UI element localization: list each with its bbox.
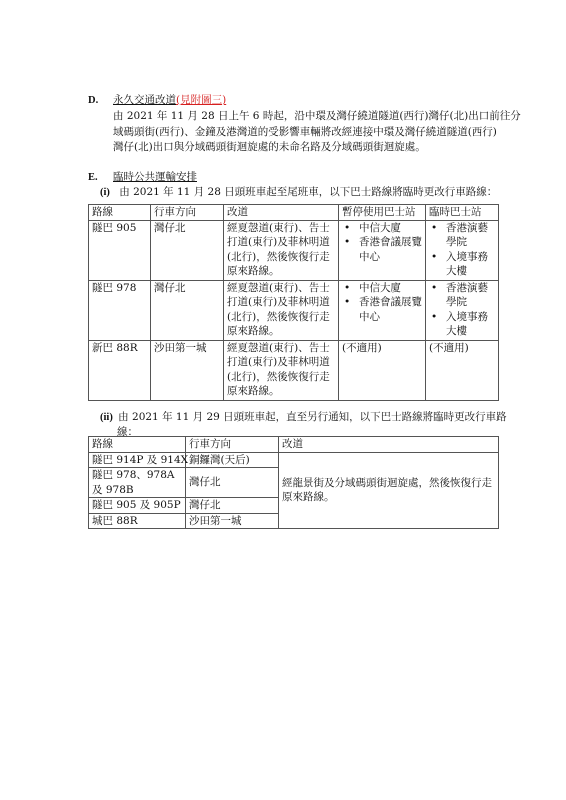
diversion-cell: 經龍景街及分域碼頭街迴旋處，然後恢復行走原來路線。 xyxy=(279,452,499,529)
table-header-row: 路線 行車方向 改道 暫停使用巴士站 臨時巴士站 xyxy=(89,205,499,221)
section-d-title: 永久交通改道 xyxy=(113,94,176,106)
direction-cell: 沙田第一城 xyxy=(186,513,279,529)
direction-cell: 銅鑼灣(天后) xyxy=(186,452,279,468)
direction-cell: 灣仔北 xyxy=(151,220,224,280)
route-cell: 隧巴 905 及 905P xyxy=(89,498,186,514)
section-d-letter: D. xyxy=(88,93,98,108)
direction-cell: 灣仔北 xyxy=(151,280,224,340)
direction-cell: 灣仔北 xyxy=(186,468,279,498)
part-ii-text: 由 2021 年 11 月 29 日頭班車起，直至另行通知，以下巴士路線將臨時更… xyxy=(118,411,506,423)
table-row: 隧巴 905 灣仔北 經夏愨道(東行)、告士打道(東行)及菲林明道(北行)，然後… xyxy=(89,220,499,280)
table-part-i: 路線 行車方向 改道 暫停使用巴士站 臨時巴士站 隧巴 905 灣仔北 經夏愨道… xyxy=(88,204,499,401)
bus-stop-item: 入境事務大樓 xyxy=(429,310,495,339)
bus-stop-item: 香港會議展覽中心 xyxy=(342,295,422,324)
direction-cell: 灣仔北 xyxy=(186,498,279,514)
section-d-line: 灣仔(北)出口與分域碼頭街迴旋處的未命名路及分域碼頭街迴旋處。 xyxy=(113,140,513,156)
direction-cell: 沙田第一城 xyxy=(151,340,224,400)
temporary-stops-cell: (不適用) xyxy=(426,340,499,400)
bus-stop-item: 香港演藝學院 xyxy=(429,221,495,250)
temporary-stops-cell: 香港演藝學院 入境事務大樓 xyxy=(426,280,499,340)
suspended-stops-cell: (不適用) xyxy=(339,340,426,400)
table-row: 新巴 88R 沙田第一城 經夏愨道(東行)、告士打道(東行)及菲林明道(北行)，… xyxy=(89,340,499,400)
route-cell: 城巴 88R xyxy=(89,513,186,529)
bus-stop-item: 中信大廈 xyxy=(342,221,422,236)
header-cell: 行車方向 xyxy=(151,205,224,221)
route-cell: 隧巴 905 xyxy=(89,220,151,280)
table-header-row: 路線 行車方向 改道 xyxy=(89,437,499,453)
section-e-title: 臨時公共運輸安排 xyxy=(113,170,197,185)
bus-stop-item: 香港會議展覽中心 xyxy=(342,235,422,264)
section-d-body: 由 2021 年 11 月 28 日上午 6 時起，沿中環及灣仔繞道隧道(西行)… xyxy=(113,109,513,156)
diversion-cell: 經夏愨道(東行)、告士打道(東行)及菲林明道(北行)，然後恢復行走原來路線。 xyxy=(224,220,339,280)
header-cell: 改道 xyxy=(224,205,339,221)
table-row: 隧巴 914P 及 914X 銅鑼灣(天后) 經龍景街及分域碼頭街迴旋處，然後恢… xyxy=(89,452,499,468)
diversion-cell: 經夏愨道(東行)、告士打道(東行)及菲林明道(北行)，然後恢復行走原來路線。 xyxy=(224,340,339,400)
bus-stop-item: 入境事務大樓 xyxy=(429,250,495,279)
section-d-heading: 永久交通改道(見附圖三) xyxy=(113,93,226,108)
table-row: 隧巴 978 灣仔北 經夏愨道(東行)、告士打道(東行)及菲林明道(北行)，然後… xyxy=(89,280,499,340)
route-cell: 隧巴 978 xyxy=(89,280,151,340)
route-cell: 隧巴 978、978A 及 978B xyxy=(89,468,186,498)
suspended-stops-cell: 中信大廈 香港會議展覽中心 xyxy=(339,220,426,280)
section-d-line: 域碼頭街(西行)、金鐘及港灣道的受影響車輛將改經連接中環及灣仔繞道隧道(西行) xyxy=(113,125,513,141)
route-cell: 新巴 88R xyxy=(89,340,151,400)
diversion-cell: 經夏愨道(東行)、告士打道(東行)及菲林明道(北行)，然後恢復行走原來路線。 xyxy=(224,280,339,340)
part-ii-label: (ii) xyxy=(100,412,113,423)
header-cell: 改道 xyxy=(279,437,499,453)
section-d-figure-link[interactable]: (見附圖三) xyxy=(176,94,226,106)
section-d-line: 由 2021 年 11 月 28 日上午 6 時起，沿中環及灣仔繞道隧道(西行)… xyxy=(113,109,513,125)
header-cell: 臨時巴士站 xyxy=(426,205,499,221)
part-i-text: 由 2021 年 11 月 28 日頭班車起至尾班車，以下巴士路線將臨時更改行車… xyxy=(119,186,497,198)
temporary-stops-cell: 香港演藝學院 入境事務大樓 xyxy=(426,220,499,280)
header-cell: 路線 xyxy=(89,205,151,221)
part-i-intro: (i) 由 2021 年 11 月 28 日頭班車起至尾班車，以下巴士路線將臨時… xyxy=(100,185,497,200)
section-e-letter: E. xyxy=(88,170,98,185)
route-cell: 隧巴 914P 及 914X xyxy=(89,452,186,468)
bus-stop-item: 香港演藝學院 xyxy=(429,281,495,310)
bus-stop-item: 中信大廈 xyxy=(342,281,422,296)
table-part-ii: 路線 行車方向 改道 隧巴 914P 及 914X 銅鑼灣(天后) 經龍景街及分… xyxy=(88,436,499,529)
header-cell: 路線 xyxy=(89,437,186,453)
part-i-label: (i) xyxy=(100,187,110,198)
header-cell: 行車方向 xyxy=(186,437,279,453)
suspended-stops-cell: 中信大廈 香港會議展覽中心 xyxy=(339,280,426,340)
header-cell: 暫停使用巴士站 xyxy=(339,205,426,221)
